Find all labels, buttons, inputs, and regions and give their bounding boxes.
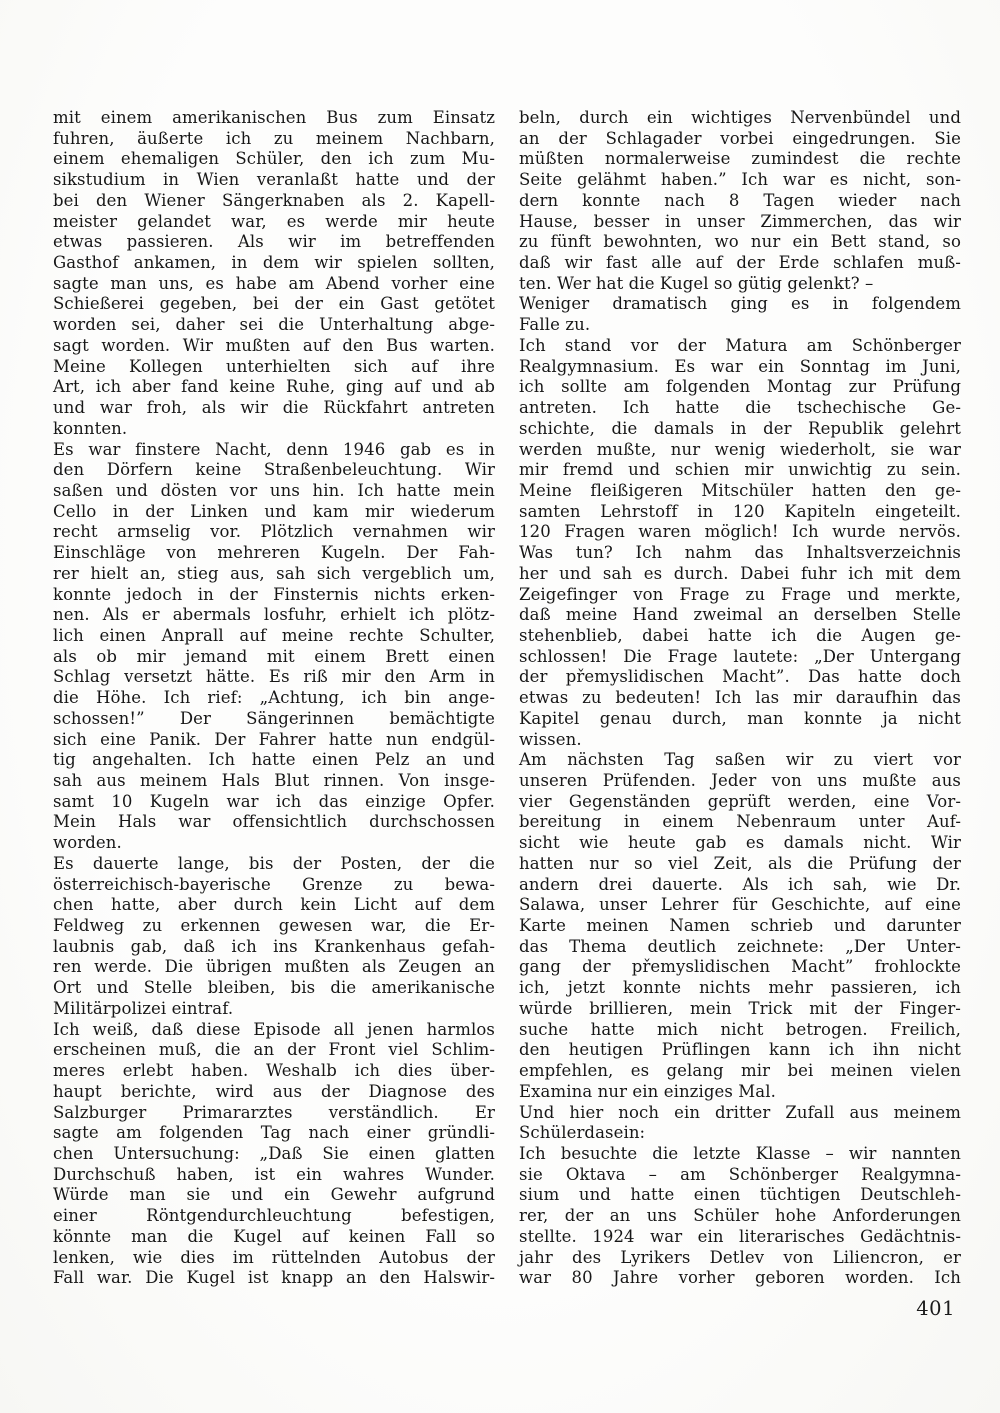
- text-line: das Thema deutlich zeichnete: „Der Unter…: [519, 937, 961, 958]
- text-line: und war froh, als wir die Rückfahrt antr…: [53, 398, 495, 419]
- text-line: ren werde. Die übrigen mußten als Zeugen…: [53, 957, 495, 978]
- text-line: erscheinen muß, die an der Front viel Sc…: [53, 1040, 495, 1061]
- text-line: Feldweg zu erkennen gewesen war, die Er-: [53, 916, 495, 937]
- text-line: Durchschuß haben, ist ein wahres Wunder.: [53, 1165, 495, 1186]
- text-line: Schülerdasein:: [519, 1123, 961, 1144]
- text-line: saßen und dösten vor uns hin. Ich hatte …: [53, 481, 495, 502]
- text-line: konnte jedoch in der Finsternis nichts e…: [53, 585, 495, 606]
- text-line: chen Untersuchung: „Daß Sie einen glatte…: [53, 1144, 495, 1165]
- text-line: lich einen Anprall auf meine rechte Schu…: [53, 626, 495, 647]
- text-line: rer, der an uns Schüler hohe Anforderung…: [519, 1206, 961, 1227]
- text-line: Was tun? Ich nahm das Inhaltsverzeichnis: [519, 543, 961, 564]
- text-line: Ich stand vor der Matura am Schönberger: [519, 336, 961, 357]
- text-line: worden sei, daher sei die Unterhaltung a…: [53, 315, 495, 336]
- text-line: rer hielt an, stieg aus, sah sich vergeb…: [53, 564, 495, 585]
- text-line: einer Röntgendurchleuchtung befestigen,: [53, 1206, 495, 1227]
- text-line: 120 Fragen waren möglich! Ich wurde nerv…: [519, 522, 961, 543]
- text-line: zu fünft bewohnten, wo nur ein Bett stan…: [519, 232, 961, 253]
- page-number: 401: [916, 1297, 955, 1320]
- text-line: die Höhe. Ich rief: „Achtung, ich bin an…: [53, 688, 495, 709]
- text-line: österreichisch-bayerische Grenze zu bewa…: [53, 875, 495, 896]
- text-line: Meine Kollegen unterhielten sich auf ihr…: [53, 357, 495, 378]
- text-line: fuhren, äußerte ich zu meinem Nachbarn,: [53, 129, 495, 150]
- text-line: samt 10 Kugeln war ich das einzige Opfer…: [53, 792, 495, 813]
- text-line: sah aus meinem Hals Blut rinnen. Von ins…: [53, 771, 495, 792]
- text-line: den heutigen Prüflingen kann ich ihn nic…: [519, 1040, 961, 1061]
- text-line: samten Lehrstoff in 120 Kapiteln eingete…: [519, 502, 961, 523]
- text-line: der přemyslidischen Macht”. Das hatte do…: [519, 667, 961, 688]
- text-line: Schlag versetzt hätte. Es riß mir den Ar…: [53, 667, 495, 688]
- text-line: stehenblieb, dabei hatte ich die Augen g…: [519, 626, 961, 647]
- text-line: sie Oktava – am Schönberger Realgymna-: [519, 1165, 961, 1186]
- text-line: war 80 Jahre vorher geboren worden. Ich: [519, 1268, 961, 1289]
- text-line: bei den Wiener Sängerknaben als 2. Kapel…: [53, 191, 495, 212]
- text-line: recht armselig vor. Plötzlich vernahmen …: [53, 522, 495, 543]
- text-line: Es war finstere Nacht, denn 1946 gab es …: [53, 440, 495, 461]
- text-line: sagte am folgenden Tag nach einer gründl…: [53, 1123, 495, 1144]
- text-line: nen. Als er abermals losfuhr, erhielt ic…: [53, 605, 495, 626]
- text-line: den Dörfern keine Straßenbeleuchtung. Wi…: [53, 460, 495, 481]
- text-line: Kapitel genau durch, man konnte ja nicht: [519, 709, 961, 730]
- text-line: Cello in der Linken und kam mir wiederum: [53, 502, 495, 523]
- text-line: lenken, wie dies im rüttelnden Autobus d…: [53, 1248, 495, 1269]
- text-line: gang der přemyslidischen Macht” frohlock…: [519, 957, 961, 978]
- text-line: meres erlebt haben. Weshalb ich dies übe…: [53, 1061, 495, 1082]
- text-line: daß meine Hand zweimal an derselben Stel…: [519, 605, 961, 626]
- text-line: daß wir fast alle auf der Erde schlafen …: [519, 253, 961, 274]
- text-line: Ich weiß, daß diese Episode all jenen ha…: [53, 1020, 495, 1041]
- left-column: mit einem amerikanischen Bus zum Einsatz…: [53, 108, 495, 1289]
- text-line: konnten.: [53, 419, 495, 440]
- text-line: ich sollte am folgenden Montag zur Prüfu…: [519, 377, 961, 398]
- text-line: Art, ich aber fand keine Ruhe, ging auf …: [53, 377, 495, 398]
- text-line: andern drei dauerte. Als ich sah, wie Dr…: [519, 875, 961, 896]
- text-line: sagte man uns, es habe am Abend vorher e…: [53, 274, 495, 295]
- text-line: Und hier noch ein dritter Zufall aus mei…: [519, 1103, 961, 1124]
- text-line: Seite gelähmt haben.” Ich war es nicht, …: [519, 170, 961, 191]
- text-line: mit einem amerikanischen Bus zum Einsatz: [53, 108, 495, 129]
- text-line: Fall war. Die Kugel ist knapp an den Hal…: [53, 1268, 495, 1289]
- text-line: her und sah es durch. Dabei fuhr ich mit…: [519, 564, 961, 585]
- text-line: Schießerei gegeben, bei der ein Gast get…: [53, 294, 495, 315]
- text-line: Examina nur ein einziges Mal.: [519, 1082, 961, 1103]
- text-line: Es dauerte lange, bis der Posten, der di…: [53, 854, 495, 875]
- text-line: Meine fleißigeren Mitschüler hatten den …: [519, 481, 961, 502]
- text-line: laubnis gab, daß ich ins Krankenhaus gef…: [53, 937, 495, 958]
- text-line: sium und hatte einen tüchtigen Deutschle…: [519, 1185, 961, 1206]
- text-line: antreten. Ich hatte die tschechische Ge-: [519, 398, 961, 419]
- text-line: jahr des Lyrikers Detlev von Liliencron,…: [519, 1248, 961, 1269]
- text-line: Salzburger Primararztes verständlich. Er: [53, 1103, 495, 1124]
- text-line: Einschläge von mehreren Kugeln. Der Fah-: [53, 543, 495, 564]
- text-line: Ich besuchte die letzte Klasse – wir nan…: [519, 1144, 961, 1165]
- text-line: Hause, besser in unser Zimmerchen, das w…: [519, 212, 961, 233]
- text-line: unseren Prüfenden. Jeder von uns mußte a…: [519, 771, 961, 792]
- text-line: vier Gegenständen geprüft werden, eine V…: [519, 792, 961, 813]
- text-line: Salawa, unser Lehrer für Geschichte, auf…: [519, 895, 961, 916]
- text-line: meister gelandet war, es werde mir heute: [53, 212, 495, 233]
- text-line: Zeigefinger von Frage zu Frage und merkt…: [519, 585, 961, 606]
- text-line: sikstudium in Wien veranlaßt hatte und d…: [53, 170, 495, 191]
- text-line: ten. Wer hat die Kugel so gütig gelenkt?…: [519, 274, 961, 295]
- text-line: bereitung in einem Nebenraum unter Auf-: [519, 812, 961, 833]
- text-line: Realgymnasium. Es war ein Sonntag im Jun…: [519, 357, 961, 378]
- text-line: Würde man sie und ein Gewehr aufgrund: [53, 1185, 495, 1206]
- text-line: mir fremd und schien mir unwichtig zu se…: [519, 460, 961, 481]
- text-line: tig angehalten. Ich hatte einen Pelz an …: [53, 750, 495, 771]
- right-column: beln, durch ein wichtiges Nervenbündel u…: [519, 108, 961, 1289]
- text-line: sich eine Panik. Der Fahrer hatte nun en…: [53, 730, 495, 751]
- text-line: Gasthof ankamen, in dem wir spielen soll…: [53, 253, 495, 274]
- text-line: Am nächsten Tag saßen wir zu viert vor: [519, 750, 961, 771]
- text-line: chen hatte, aber durch kein Licht auf de…: [53, 895, 495, 916]
- text-line: einem ehemaligen Schüler, den ich zum Mu…: [53, 149, 495, 170]
- text-line: wissen.: [519, 730, 961, 751]
- book-page-text-block: mit einem amerikanischen Bus zum Einsatz…: [53, 108, 961, 1289]
- text-line: beln, durch ein wichtiges Nervenbündel u…: [519, 108, 961, 129]
- text-line: stellte. 1924 war ein literarisches Gedä…: [519, 1227, 961, 1248]
- text-line: Ort und Stelle bleiben, bis die amerikan…: [53, 978, 495, 999]
- text-line: worden.: [53, 833, 495, 854]
- text-line: etwas zu bedeuten! Ich las mir daraufhin…: [519, 688, 961, 709]
- text-line: etwas passieren. Als wir im betreffenden: [53, 232, 495, 253]
- text-line: sagt worden. Wir mußten auf den Bus wart…: [53, 336, 495, 357]
- text-line: dern konnte nach 8 Tagen wieder nach: [519, 191, 961, 212]
- text-line: Mein Hals war offensichtlich durchschoss…: [53, 812, 495, 833]
- text-line: hatten nur so viel Zeit, als die Prüfung…: [519, 854, 961, 875]
- text-line: an der Schlagader vorbei eingedrungen. S…: [519, 129, 961, 150]
- text-line: müßten normalerweise zumindest die recht…: [519, 149, 961, 170]
- text-line: Karte meinen Namen schrieb und darunter: [519, 916, 961, 937]
- text-line: Falle zu.: [519, 315, 961, 336]
- text-line: Weniger dramatisch ging es in folgendem: [519, 294, 961, 315]
- text-line: werden mußte, nur wenig wiederholt, sie …: [519, 440, 961, 461]
- text-line: ich, jetzt konnte nichts mehr passieren,…: [519, 978, 961, 999]
- text-line: haupt berichte, wird aus der Diagnose de…: [53, 1082, 495, 1103]
- text-line: als ob mir jemand mit einem Brett einen: [53, 647, 495, 668]
- text-line: schichte, die damals in der Republik gel…: [519, 419, 961, 440]
- text-line: suche hatte mich nicht betrogen. Freilic…: [519, 1020, 961, 1041]
- text-line: würde brillieren, mein Trick mit der Fin…: [519, 999, 961, 1020]
- text-line: schossen!” Der Sängerinnen bemächtigte: [53, 709, 495, 730]
- text-line: könnte man die Kugel auf keinen Fall so: [53, 1227, 495, 1248]
- text-line: schlossen! Die Frage lautete: „Der Unter…: [519, 647, 961, 668]
- text-line: Militärpolizei eintraf.: [53, 999, 495, 1020]
- text-line: empfehlen, es gelang mir bei meinen viel…: [519, 1061, 961, 1082]
- text-line: sicht wie heute gab es damals nicht. Wir: [519, 833, 961, 854]
